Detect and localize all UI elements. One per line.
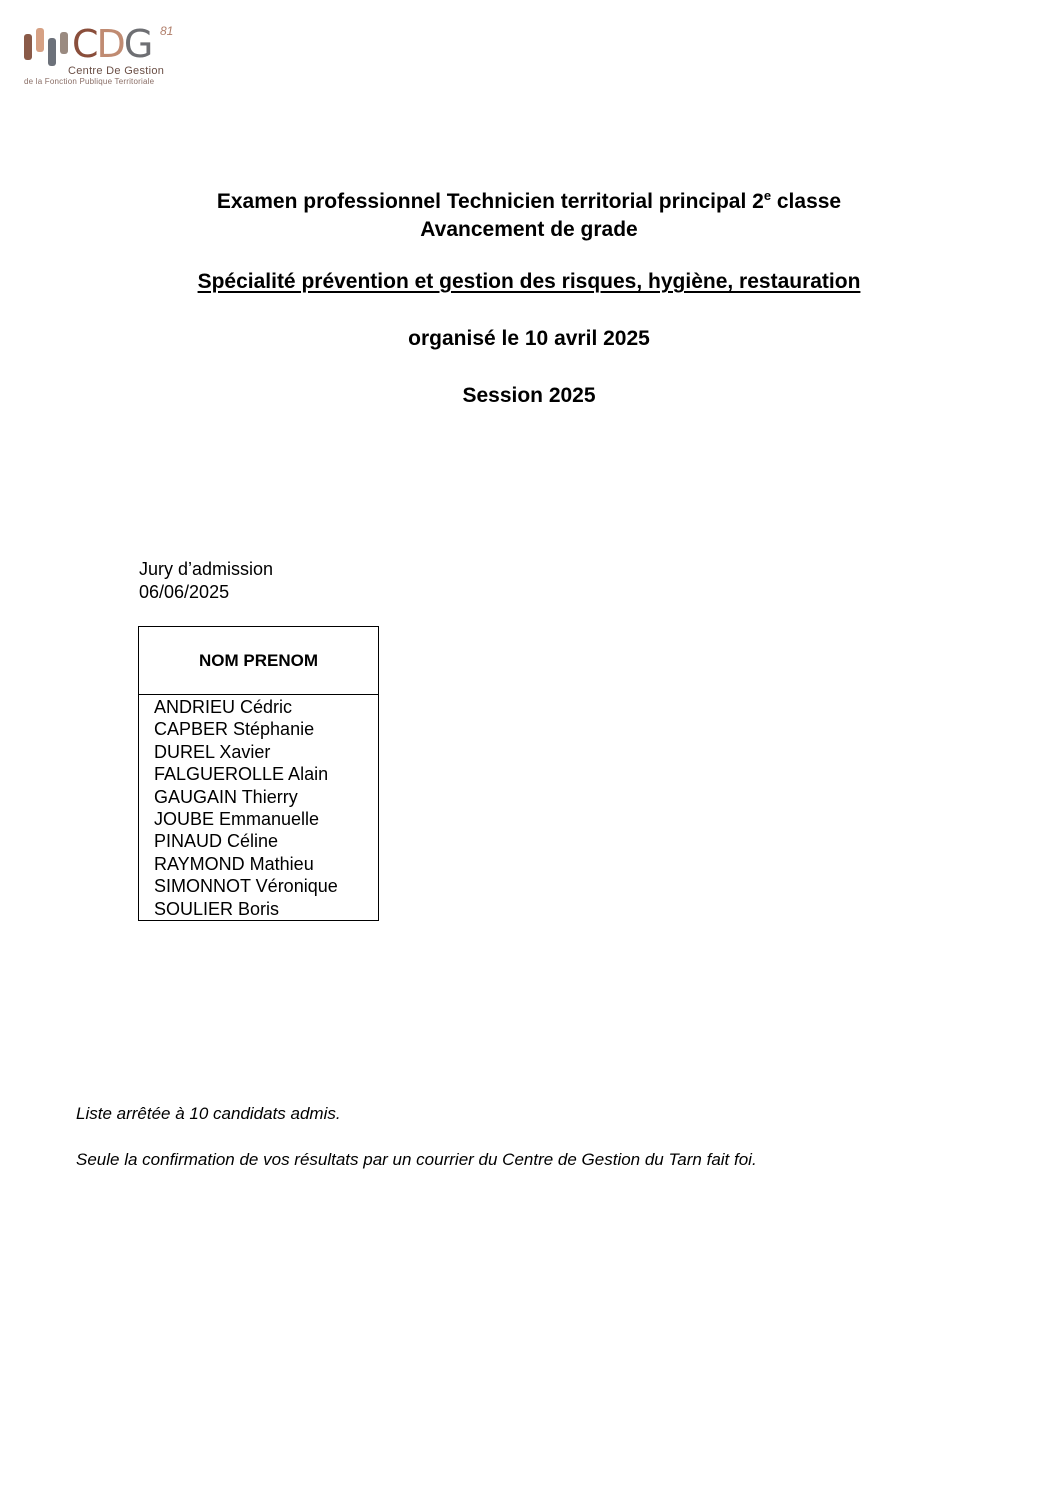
logo-number: 81 <box>160 24 173 38</box>
cdg81-logo: CDG 81 Centre De Gestion de la Fonction … <box>20 22 190 88</box>
logo-subtitle: Centre De Gestion <box>68 65 164 77</box>
table-row: JOUBE Emmanuelle <box>154 808 378 830</box>
table-body: ANDRIEU CédricCAPBER StéphanieDUREL Xavi… <box>139 695 378 920</box>
confirmation-note: Seule la confirmation de vos résultats p… <box>76 1150 757 1170</box>
jury-info: Jury d’admission 06/06/2025 <box>139 558 273 604</box>
logo-subtitle-small: de la Fonction Publique Territoriale <box>24 77 154 86</box>
specialite-heading: Spécialité prévention et gestion des ris… <box>0 268 1058 296</box>
jury-label: Jury d’admission <box>139 558 273 581</box>
exam-date: organisé le 10 avril 2025 <box>0 325 1058 353</box>
list-note: Liste arrêtée à 10 candidats admis. <box>76 1104 341 1124</box>
table-row: SOULIER Boris <box>154 898 378 920</box>
logo-bar <box>24 34 32 60</box>
table-row: SIMONNOT Véronique <box>154 875 378 897</box>
exam-title: Examen professionnel Technicien territor… <box>0 182 1058 244</box>
logo-bar <box>36 28 44 52</box>
logo-bar <box>48 38 56 66</box>
admitted-candidates-table: NOM PRENOM ANDRIEU CédricCAPBER Stéphani… <box>138 626 379 921</box>
table-header: NOM PRENOM <box>139 627 378 695</box>
session-label: Session 2025 <box>0 382 1058 410</box>
table-row: PINAUD Céline <box>154 830 378 852</box>
table-row: FALGUEROLLE Alain <box>154 763 378 785</box>
table-row: CAPBER Stéphanie <box>154 718 378 740</box>
table-row: ANDRIEU Cédric <box>154 696 378 718</box>
logo-letters: CDG <box>72 22 151 66</box>
exam-title-line2: Avancement de grade <box>0 216 1058 244</box>
exam-title-line1: Examen professionnel Technicien territor… <box>0 182 1058 216</box>
jury-date: 06/06/2025 <box>139 581 273 604</box>
table-row: GAUGAIN Thierry <box>154 786 378 808</box>
table-row: DUREL Xavier <box>154 741 378 763</box>
table-row: RAYMOND Mathieu <box>154 853 378 875</box>
logo-bar <box>60 32 68 54</box>
